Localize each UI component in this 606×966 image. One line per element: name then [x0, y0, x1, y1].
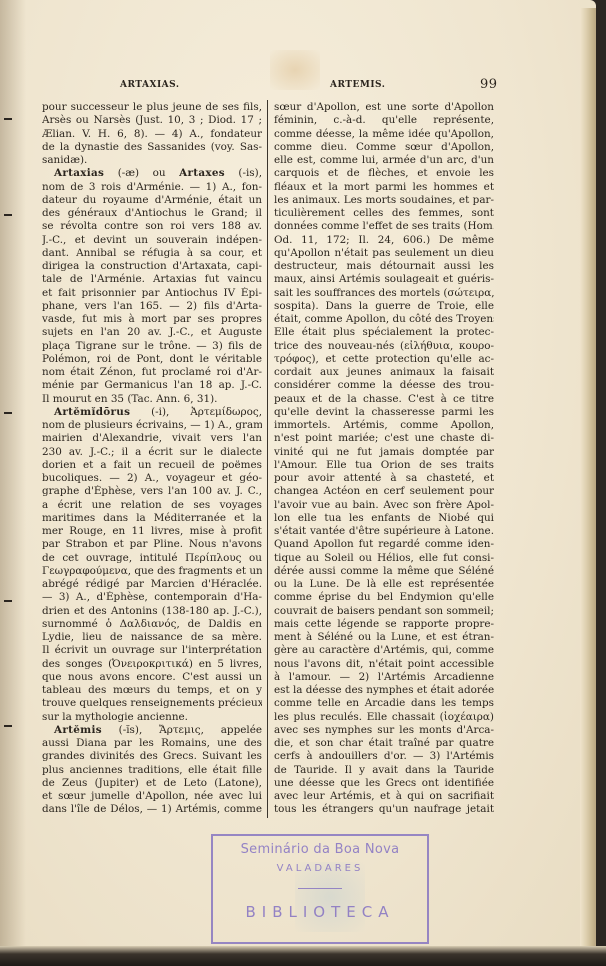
text-line: Arsès ou Narsès (Just. 10, 3 ; Diod. 17 …: [42, 114, 262, 127]
text-line: dirigea la construction d'Artaxata, capi…: [42, 260, 262, 273]
entry-headword: Artaxias: [54, 167, 104, 179]
text-line: plaça Tigrane sur le trône. — 3) fils de: [42, 340, 262, 353]
text-line: à l'amour. — 2) l'Artémis Arcadienne: [274, 671, 494, 684]
text-line: dérée aussi comme la même que Séléné: [274, 565, 494, 578]
text-line: gère au caractère d'Artémis, qui, comme: [274, 644, 494, 657]
text-line: dant. Annibal se réfugia à sa cour, et: [42, 247, 262, 260]
text-line: tique au Soleil ou Hélios, elle fut cons…: [274, 552, 494, 565]
entry-headword: Artĕmis: [54, 724, 102, 736]
text-line: a écrit une relation de ses voyages: [42, 499, 262, 512]
text-line: changea Actéon en cerf seulement pour: [274, 485, 494, 498]
text-line: de Zeus (Jupiter) et de Leto (Latone),: [42, 777, 262, 790]
margin-tick: [4, 412, 12, 414]
text-line: les plus reculés. Elle chassait (ἰοχέαιρ…: [274, 711, 494, 724]
margin-tick: [4, 118, 12, 120]
text-line: peaux et de la chasse. C'est à ce titre: [274, 393, 494, 406]
text-line: vasde, fut mis à mort par ses propres: [42, 313, 262, 326]
text-line: Ælian. V. H. 6, 8). — 4) A., fondateur: [42, 128, 262, 141]
text-line: comme déesse, la même idée qu'Apollon,: [274, 128, 494, 141]
text-line: surnommé ὁ Δαλδιανός, de Daldis en: [42, 618, 262, 631]
text-line: tale de l'Arménie. Artaxias fut vaincu: [42, 273, 262, 286]
text-line: fléaux et la mort parmi les hommes et: [274, 181, 494, 194]
text-line: phane, vers l'an 165. — 2) fils d'Arta-: [42, 300, 262, 313]
text-line: dateur du royaume d'Arménie, était un: [42, 194, 262, 207]
text-line: lon elle tua les enfants de Niobé qui: [274, 512, 494, 525]
text-line: trouve quelques renseignements précieux: [42, 697, 262, 710]
text-line: ticulièrement celles des femmes, sont: [274, 207, 494, 220]
entry-text: (-ĭs), Ἄρτεμις, appelée: [102, 724, 262, 736]
text-line: cerfs à andouillers d'or. — 3) l'Artémis: [274, 750, 494, 763]
running-head: ARTAXIAS. ARTEMIS. 99: [40, 80, 500, 94]
text-line: sait les souffrances des mortels (σώτειρ…: [274, 287, 494, 300]
entry-headword: Artaxes: [179, 167, 225, 179]
text-line: bucoliques. — 2) A., voyageur et géo-: [42, 472, 262, 485]
text-line: de cet ouvrage, intitulé Περίπλους ou: [42, 552, 262, 565]
page-edge: [580, 8, 596, 958]
text-line: de Tauride. Il y avait dans la Tauride: [274, 764, 494, 777]
text-line: sur la mythologie ancienne.: [42, 711, 262, 724]
text-line: nom de plusieurs écrivains, — 1) A., gra…: [42, 419, 262, 432]
text-line: Artaxias (-æ) ou Artaxes (-is),: [42, 167, 262, 180]
text-line: 230 av. J.-C.; il a écrit sur le dialect…: [42, 446, 262, 459]
text-line: Γεωγραφούμενα, que des fragments et un: [42, 565, 262, 578]
text-line: des généraux d'Antiochus le Grand; il: [42, 207, 262, 220]
text-line: se révolta contre son roi vers 188 av.: [42, 220, 262, 233]
entry-text: (-is),: [225, 167, 262, 179]
text-line: comme telle en Arcadie dans les temps: [274, 697, 494, 710]
text-line: féminin, c.-à-d. qu'elle représente,: [274, 114, 494, 127]
text-line: carquois et de flèches, et envoie les: [274, 167, 494, 180]
page-number: 99: [480, 77, 498, 92]
text-line: pour avoir attenté à sa chasteté, et: [274, 472, 494, 485]
text-line: maux, ainsi Artémis soulageait et guéris…: [274, 273, 494, 286]
text-line: nom de 3 rois d'Arménie. — 1) A., fon-: [42, 181, 262, 194]
text-line: s'était vantée d'être supérieure à Laton…: [274, 525, 494, 538]
text-line: était, comme Apollon, du côté des Troyen…: [274, 313, 494, 326]
text-line: Elle était plus spécialement la protec-: [274, 326, 494, 339]
text-line: ment à Séléné ou la Lune, et est étran-: [274, 631, 494, 644]
text-line: de la dynastie des Sassanides (voy. Sas-: [42, 141, 262, 154]
stamp-library: BIBLIOTECA: [213, 903, 427, 921]
text-line: avec ses nymphes sur les monts d'Arca-: [274, 724, 494, 737]
text-line: mais cette légende se rapporte propre-: [274, 618, 494, 631]
text-line: trice des nouveau-nés (εἰλήθυια, κουρο-: [274, 340, 494, 353]
text-line: dorien et a fait un recueil de poëmes: [42, 459, 262, 472]
text-line: Polémon, roi de Pont, dont le véritable: [42, 353, 262, 366]
stamp-rule: [298, 888, 342, 889]
text-line: n'est point mariée; c'est une chaste di-: [274, 432, 494, 445]
library-stamp: Seminário da Boa Nova VALADARES BIBLIOTE…: [211, 834, 429, 944]
entry-text: (-i), Ἀρτεμίδωρος,: [130, 406, 262, 418]
text-line: graphe d'Éphèse, vers l'an 100 av. J. C.…: [42, 485, 262, 498]
text-line: abrégé rédigé par Marcien d'Héraclée.: [42, 578, 262, 591]
text-line: Il écrivit un ouvrage sur l'interprétati…: [42, 644, 262, 657]
text-line: Artĕmĭdōrus (-i), Ἀρτεμίδωρος,: [42, 406, 262, 419]
margin-tick: [4, 725, 12, 727]
text-line: drien et des Antonins (138-180 ap. J.-C.…: [42, 605, 262, 618]
text-line: l'Amour. Elle tua Orion de ses traits: [274, 459, 494, 472]
right-headword: ARTEMIS.: [330, 80, 385, 90]
text-line: Artĕmis (-ĭs), Ἄρτεμις, appelée: [42, 724, 262, 737]
right-column: sœur d'Apollon, est une sorte d'Apollonf…: [274, 101, 494, 817]
text-line: — 3) A., d'Éphèse, contemporain d'Ha-: [42, 591, 262, 604]
text-line: considérer comme la déesse des trou-: [274, 379, 494, 392]
text-line: Il mourut en 35 (Tac. Ann. 6, 31).: [42, 393, 262, 406]
column-rule: [267, 100, 268, 818]
text-line: couvrait de baisers pendant son sommeil;: [274, 605, 494, 618]
page-bottom-shadow: [0, 946, 606, 966]
text-line: sospita). Dans la guerre de Troie, elle: [274, 300, 494, 313]
text-line: est la déesse des nymphes et était adoré…: [274, 684, 494, 697]
text-line: des songes (Ὀνειροκριτικά) en 5 livres,: [42, 658, 262, 671]
text-line: pour successeur le plus jeune de ses fil…: [42, 101, 262, 114]
left-headword: ARTAXIAS.: [120, 80, 179, 90]
text-line: tableau des mœurs du temps, et on y: [42, 684, 262, 697]
margin-tick: [4, 600, 12, 602]
text-line: mairien d'Alexandrie, vivait vers l'an: [42, 432, 262, 445]
text-line: dans l'île de Délos, — 1) Artémis, comme: [42, 803, 262, 816]
stamp-location: VALADARES: [213, 863, 427, 874]
text-line: τρόφος), et cette protection qu'elle ac-: [274, 353, 494, 366]
left-column: pour successeur le plus jeune de ses fil…: [42, 101, 262, 817]
text-line: nous l'avons dit, n'était point accessib…: [274, 658, 494, 671]
text-line: plus anciennes traditions, elle était fi…: [42, 764, 262, 777]
entry-headword: Artĕmĭdōrus: [54, 406, 130, 418]
text-line: que nous avons encore. C'est aussi un: [42, 671, 262, 684]
text-line: comme dieu. Comme sœur d'Apollon,: [274, 141, 494, 154]
text-line: Lydie, lieu de naissance de sa mère.: [42, 631, 262, 644]
text-line: données comme l'effet de ses traits (Hom…: [274, 220, 494, 233]
text-line: et fait prisonnier par Antiochus IV Épi-: [42, 287, 262, 300]
text-line: ménie par Germanicus l'an 18 ap. J.-C.: [42, 379, 262, 392]
text-line: aussi Diana par les Romains, une des: [42, 737, 262, 750]
text-line: avec leur Artémis, et à qui on sacrifiai…: [274, 790, 494, 803]
book-page: ARTAXIAS. ARTEMIS. 99 pour successeur le…: [0, 0, 596, 958]
text-line: par Strabon et par Pline. Nous n'avons: [42, 538, 262, 551]
text-line: nom était Zénon, fut proclamé roi d'Ar-: [42, 366, 262, 379]
text-line: les animaux. Les morts soudaines, et par…: [274, 194, 494, 207]
text-line: sujets en l'an 20 av. J.-C., et Auguste: [42, 326, 262, 339]
text-line: die, et son char était traîné par quatre: [274, 737, 494, 750]
text-line: J.-C., et devint un souverain indépen-: [42, 234, 262, 247]
text-line: sanidæ).: [42, 154, 262, 167]
text-line: sœur d'Apollon, est une sorte d'Apollon: [274, 101, 494, 114]
text-line: comme éprise du bel Endymion qu'elle: [274, 591, 494, 604]
text-line: Quand Apollon fut regardé comme iden-: [274, 538, 494, 551]
text-line: maritimes dans la Méditerranée et la: [42, 512, 262, 525]
text-line: une déesse que les Grecs ont identifiée: [274, 777, 494, 790]
text-line: destructeur, mais détournait aussi les: [274, 260, 494, 273]
entry-text: (-æ) ou: [104, 167, 179, 179]
margin-tick: [4, 214, 12, 216]
text-line: elle est, comme lui, armée d'un arc, d'u…: [274, 154, 494, 167]
text-line: et sœur jumelle d'Apollon, née avec lui: [42, 790, 262, 803]
text-line: cordait aux jeunes animaux la faisait: [274, 366, 494, 379]
text-line: vinité qui ne fut jamais domptée par: [274, 446, 494, 459]
text-line: qu'Apollon n'était pas seulement un dieu: [274, 247, 494, 260]
text-line: Od. 11, 172; Il. 24, 606.) De même: [274, 234, 494, 247]
stamp-institution: Seminário da Boa Nova: [213, 842, 427, 857]
text-line: immortels. Artémis, comme Apollon,: [274, 419, 494, 432]
text-line: grandes divinités des Grecs. Suivant les: [42, 750, 262, 763]
text-line: qu'elle devint la chasseresse parmi les: [274, 406, 494, 419]
text-line: ou la Lune. De là elle est représentée: [274, 578, 494, 591]
text-line: tous les étrangers qu'un naufrage jetait: [274, 803, 494, 816]
gutter-shadow: [0, 0, 26, 958]
text-line: l'avoir vue au bain. Avec son frère Apol…: [274, 499, 494, 512]
text-line: mer Rouge, en 11 livres, mise à profit: [42, 525, 262, 538]
